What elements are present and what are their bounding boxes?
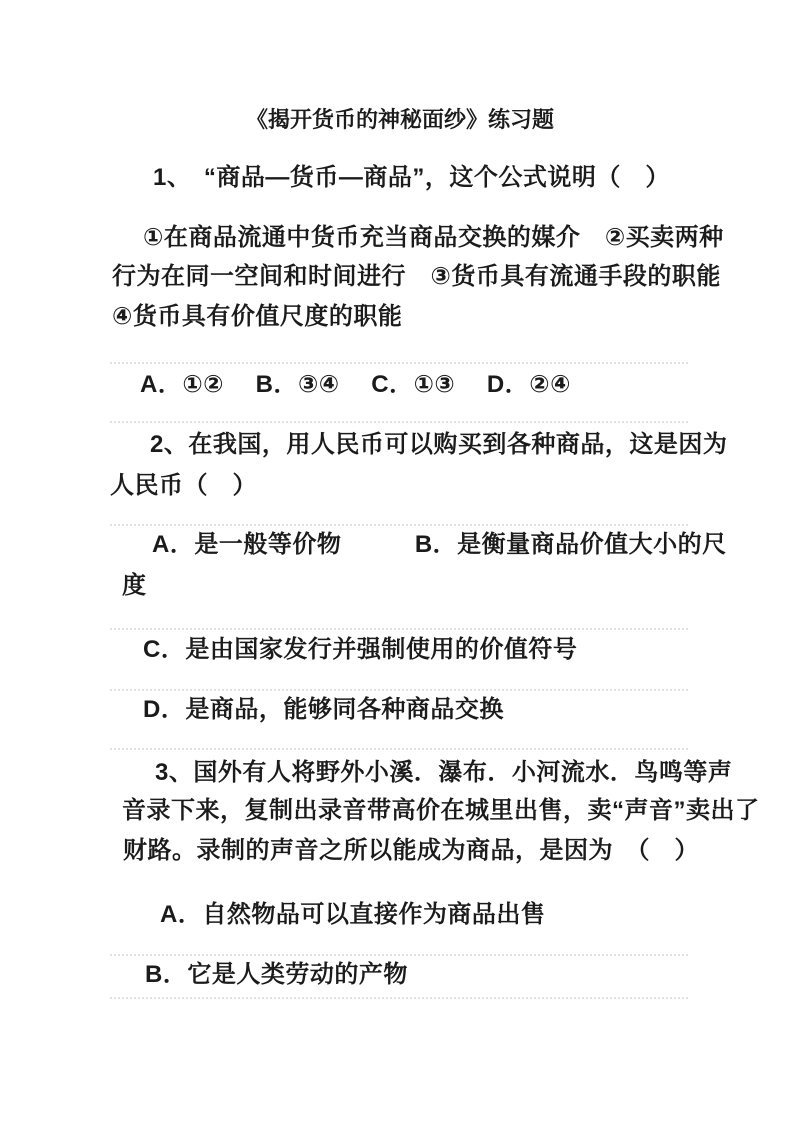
question-1-stem-line-1: 1、 “商品—货币—商品”，这个公式说明（ ） — [153, 158, 670, 198]
dotted-separator-6 — [110, 748, 688, 750]
question-2-stem-line-1: 2、在我国，用人民币可以购买到各种商品，这是因为 — [150, 425, 727, 465]
question-2-option-c-line-1: C．是由国家发行并强制使用的价值符号 — [143, 630, 577, 670]
question-3-stem-line-3: 财路。录制的声音之所以能成为商品，是因为 （ ） — [123, 831, 699, 871]
question-1-items-line-3: ④货币具有价值尺度的职能 — [112, 297, 402, 337]
document-title: 《揭开货币的神秘面纱》练习题 — [0, 100, 800, 140]
document-page: 《揭开货币的神秘面纱》练习题 1、 “商品—货币—商品”，这个公式说明（ ）①在… — [0, 0, 800, 1132]
question-2-options-ab-line-1: A．是一般等价物 B．是衡量商品价值大小的尺 — [152, 525, 727, 565]
question-3-option-a-line-1: A．自然物品可以直接作为商品出售 — [160, 895, 545, 935]
question-2-options-ab-line-2: 度 — [122, 566, 147, 606]
question-1-items-line-1: ①在商品流通中货币充当商品交换的媒介 ②买卖两种 — [143, 218, 724, 258]
dotted-separator-2 — [110, 421, 688, 423]
question-2-option-d-line-1: D．是商品，能够同各种商品交换 — [143, 690, 504, 730]
dotted-separator-1 — [110, 362, 688, 364]
question-3-stem-line-1: 3、国外有人将野外小溪．瀑布．小河流水．鸟鸣等声 — [155, 753, 732, 793]
question-1-options-line-1: A．①② B．③④ C．①③ D．②④ — [140, 365, 571, 405]
dotted-separator-8 — [110, 997, 688, 999]
question-3-option-b-line-1: B．它是人类劳动的产物 — [145, 955, 408, 995]
question-2-stem-line-2: 人民币（ ） — [110, 466, 257, 506]
question-1-items-line-2: 行为在同一空间和时间进行 ③货币具有流通手段的职能 — [112, 257, 721, 297]
question-3-stem-line-2: 音录下来，复制出录音带高价在城里出售，卖“声音”卖出了 — [122, 791, 760, 831]
